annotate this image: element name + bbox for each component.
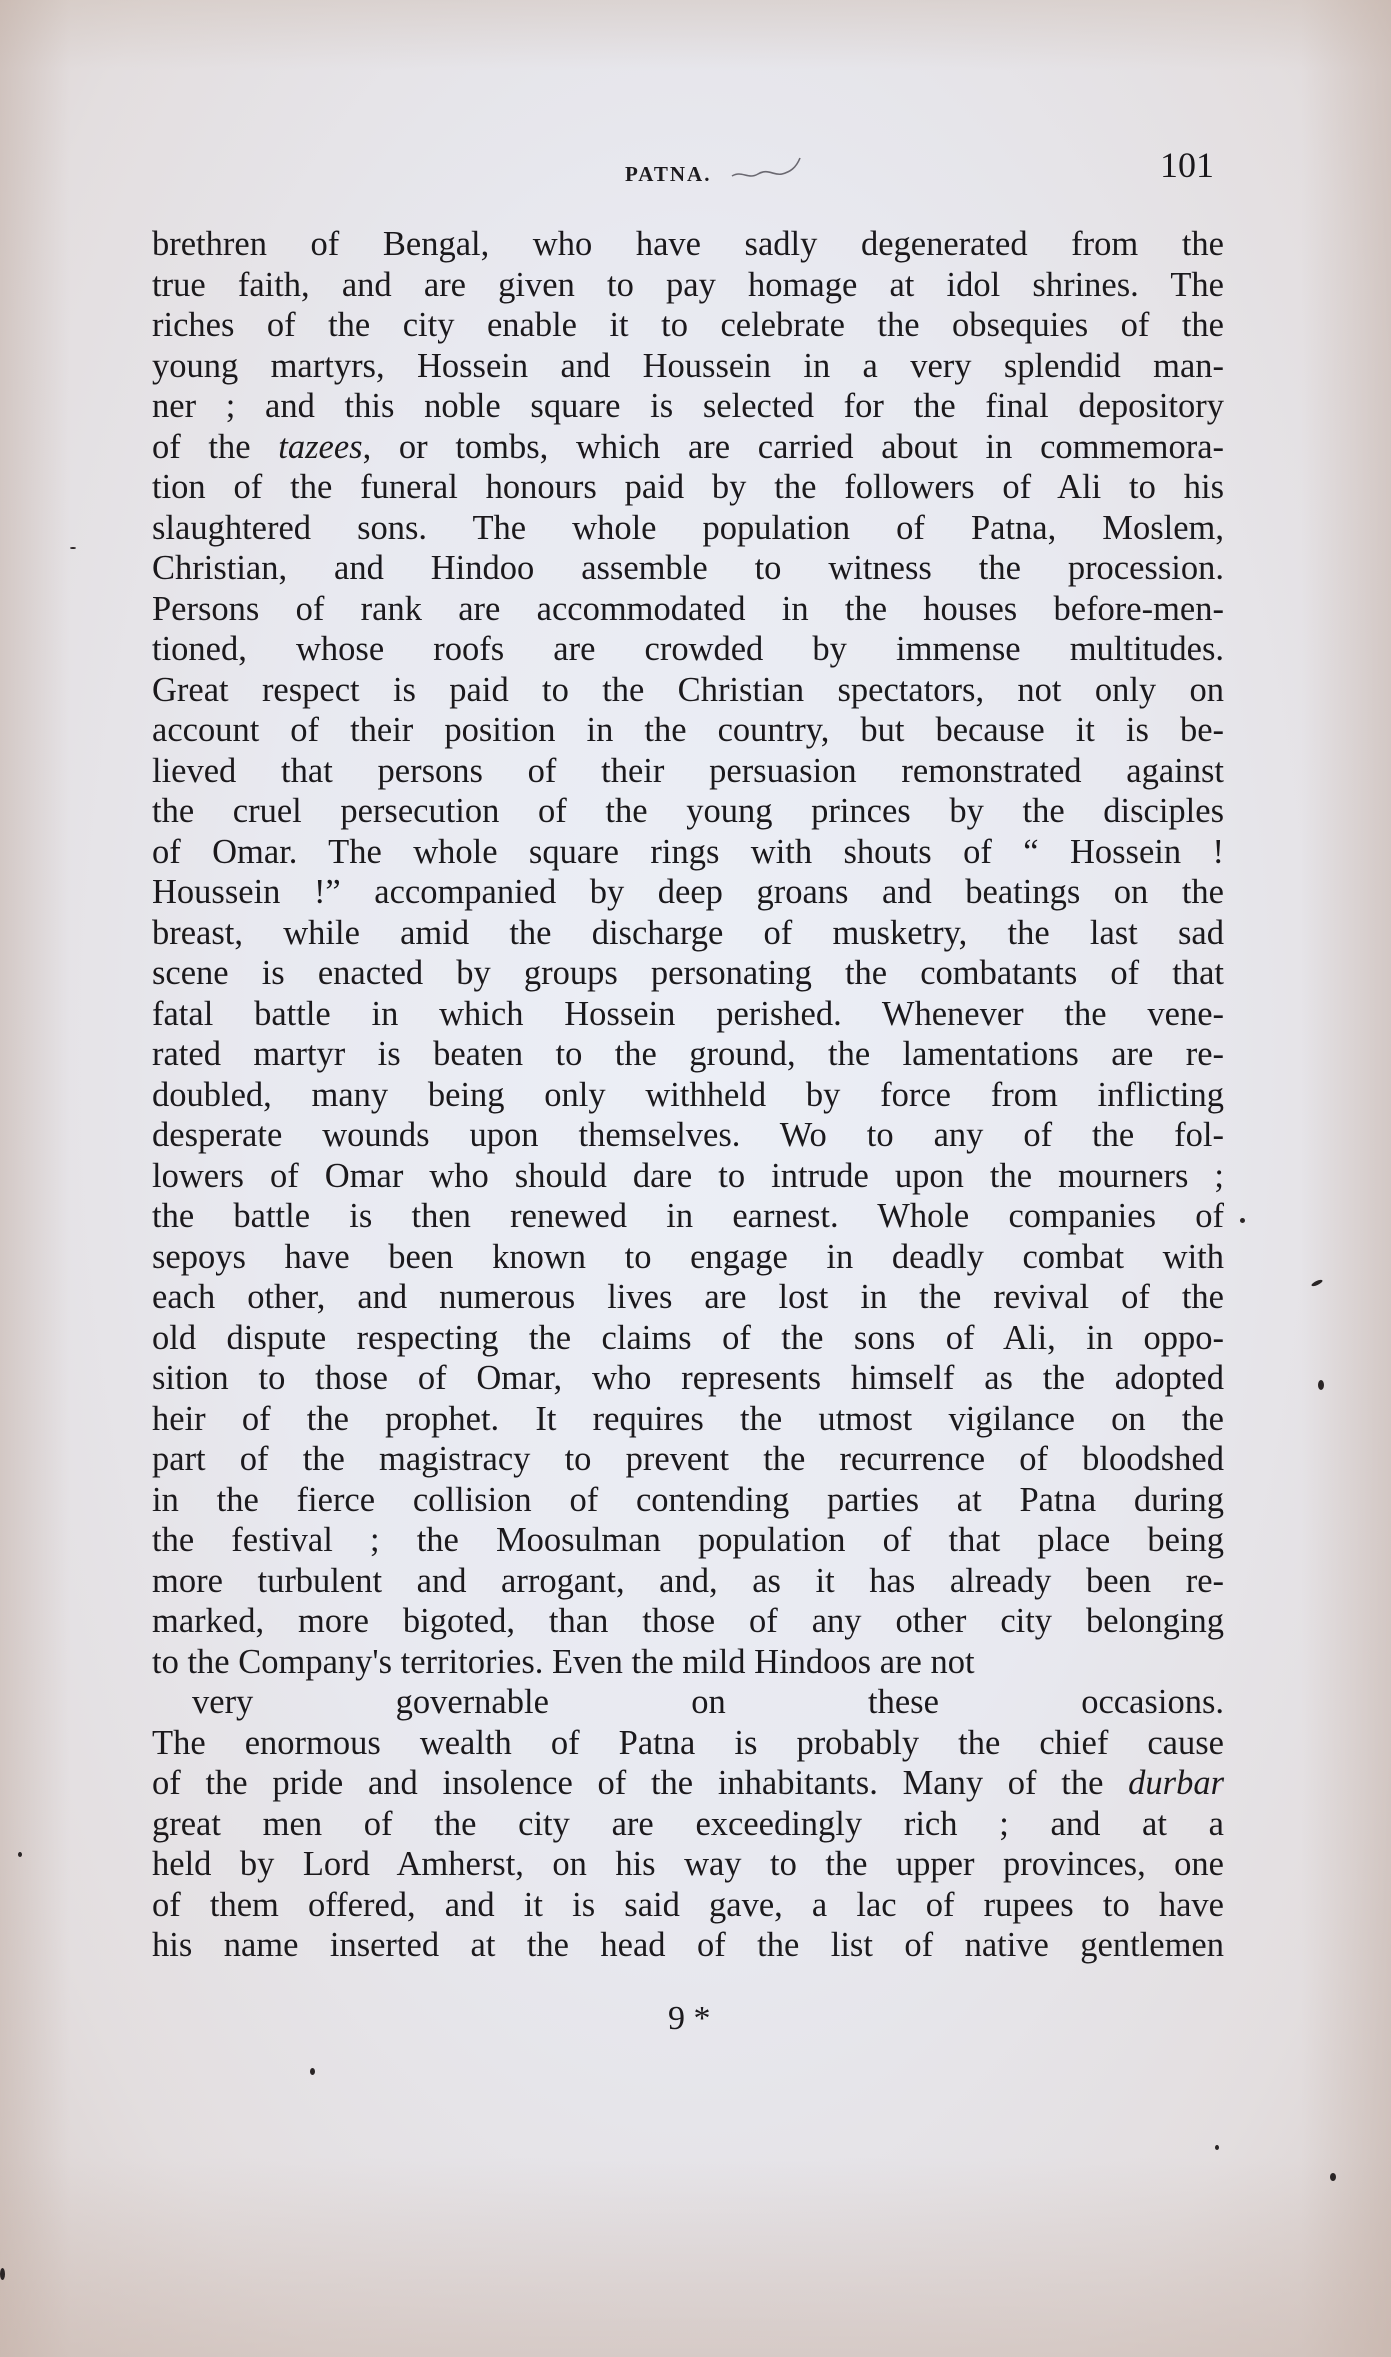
text-line: brethren of Bengal, who have sadly degen… [152,224,1224,265]
text-line: fatal battle in which Hossein perished. … [152,994,1224,1035]
text-line: old dispute respecting the claims of the… [152,1318,1224,1359]
italic-term: durbar [1128,1764,1224,1802]
paper-edge-left [0,0,70,2357]
text-line: true faith, and are given to pay homage … [152,265,1224,306]
signature-mark: 9 * [668,2000,711,2038]
text-line: desperate wounds upon themselves. Wo to … [152,1115,1224,1156]
text-line: his name inserted at the head of the lis… [152,1925,1224,1966]
text-line: marked, more bigoted, than those of any … [152,1601,1224,1642]
body-text: brethren of Bengal, who have sadly degen… [152,224,1224,1966]
text-line: Persons of rank are accommodated in the … [152,589,1224,630]
text-line: young martyrs, Hossein and Houssein in a… [152,346,1224,387]
text-line: heir of the prophet. It requires the utm… [152,1399,1224,1440]
text-fragment: of the [152,428,278,466]
running-head: PATNA. 101 [0,150,1391,200]
text-line: Houssein !” accompanied by deep groans a… [152,872,1224,913]
text-line: breast, while amid the discharge of musk… [152,913,1224,954]
text-line: the battle is then renewed in earnest. W… [152,1196,1224,1237]
text-fragment: of the pride and insolence of the inhabi… [152,1764,1103,1802]
text-fragment: , or tombs, which are carried about in c… [363,428,1224,466]
text-line: lowers of Omar who should dare to intrud… [152,1156,1224,1197]
paper-speck [70,547,76,549]
paper-speck [310,2068,315,2075]
text-line: account of their position in the country… [152,710,1224,751]
text-line: tioned, whose roofs are crowded by immen… [152,629,1224,670]
paper-speck [18,1852,22,1857]
text-line: Christian, and Hindoo assemble to witnes… [152,548,1224,589]
text-line: held by Lord Amherst, on his way to the … [152,1844,1224,1885]
text-line: tion of the funeral honours paid by the … [152,467,1224,508]
paper-speck [1330,2173,1336,2181]
text-line: to the Company's territories. Even the m… [152,1642,1224,1683]
running-title: PATNA. [625,162,711,187]
paragraph-start: very governable on these occasions. [152,1682,1224,1723]
text-line: lieved that persons of their persuasion … [152,751,1224,792]
text-line: riches of the city enable it to celebrat… [152,305,1224,346]
text-line: of the pride and insolence of the inhabi… [152,1763,1224,1804]
text-line: doubled, many being only withheld by for… [152,1075,1224,1116]
text-line: part of the magistracy to prevent the re… [152,1439,1224,1480]
text-line: sepoys have been known to engage in dead… [152,1237,1224,1278]
text-line: in the fierce collision of contending pa… [152,1480,1224,1521]
page-number: 101 [1160,144,1214,186]
pencil-squiggle-icon [730,154,810,184]
text-line: scene is enacted by groups personating t… [152,953,1224,994]
paper-edge-right [1301,0,1391,2357]
text-line: of them offered, and it is said gave, a … [152,1885,1224,1926]
text-line: the festival ; the Moosulman population … [152,1520,1224,1561]
text-line: slaughtered sons. The whole population o… [152,508,1224,549]
text-line: rated martyr is beaten to the ground, th… [152,1034,1224,1075]
text-line: great men of the city are exceedingly ri… [152,1804,1224,1845]
text-line: more turbulent and arrogant, and, as it … [152,1561,1224,1602]
paper-speck [1318,1380,1324,1390]
paper-edge-bottom [0,2157,1391,2357]
paper-speck [1240,1218,1245,1223]
text-line: each other, and numerous lives are lost … [152,1277,1224,1318]
text-line: Great respect is paid to the Christian s… [152,670,1224,711]
text-line: sition to those of Omar, who represents … [152,1358,1224,1399]
paper-edge-top [0,0,1391,70]
book-page: PATNA. 101 brethren of Bengal, who have … [0,0,1391,2357]
paper-speck [1215,2145,1219,2150]
text-line: The enormous wealth of Patna is probably… [152,1723,1224,1764]
text-line: the cruel persecution of the young princ… [152,791,1224,832]
text-line: of the tazees, or tombs, which are carri… [152,427,1224,468]
text-line: ner ; and this noble square is selected … [152,386,1224,427]
paper-speck [0,2268,5,2280]
text-line: of Omar. The whole square rings with sho… [152,832,1224,873]
italic-term: tazees [278,428,362,466]
